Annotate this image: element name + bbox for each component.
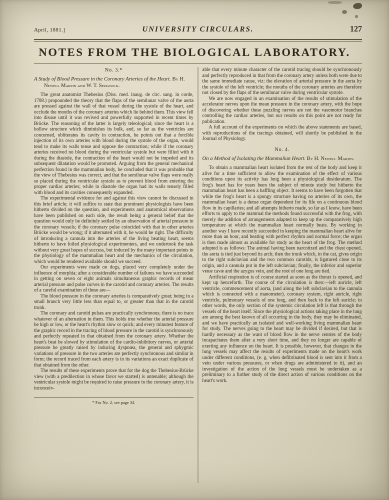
title-rule — [34, 63, 362, 64]
article-4-byline: By H. Newell Martin. — [307, 156, 354, 162]
right-column: able that every minute character of the … — [202, 67, 362, 483]
article-number-3: No. 3.* — [34, 68, 194, 74]
issue-date: April, 1881.] — [34, 27, 65, 33]
two-column-text-area: No. 3.* A Study of Blood Pressure in the… — [34, 67, 362, 483]
paragraph: A full account of the experiments on whi… — [202, 125, 362, 142]
paragraph: Our experiments were made on dogs, place… — [34, 265, 194, 294]
article-4-title-text: On a Method of Isolating the Mammalian H… — [202, 156, 305, 162]
footnote: * For No. 2, see page 34. — [34, 400, 194, 405]
running-header: April, 1881.] UNIVERSITY CIRCULARS. 127 — [34, 25, 362, 34]
ink-stain — [355, 15, 358, 18]
paragraph: Artificial respiration is of course star… — [202, 274, 362, 383]
header-rule — [34, 39, 362, 42]
page-number: 127 — [350, 25, 362, 34]
paragraph: The experimental evidence for and agains… — [34, 196, 194, 265]
paragraph-continuation: able that every minute character of the … — [202, 67, 362, 96]
left-column: No. 3.* A Study of Blood Pressure in the… — [34, 67, 194, 483]
ink-stain — [342, 10, 347, 14]
paragraph: The results of these experiments prove t… — [34, 368, 194, 391]
article-4-heading: On a Method of Isolating the Mammalian H… — [202, 156, 362, 162]
scanned-journal-page: April, 1881.] UNIVERSITY CIRCULARS. 127 … — [0, 0, 389, 500]
ink-stain — [328, 1, 342, 4]
paragraph: The coronary and carotid pulses are prac… — [34, 311, 194, 369]
paragraph: The blood pressure in the coronary arter… — [34, 293, 194, 310]
paragraph: To obtain a mammalian heart isolated fro… — [202, 165, 362, 274]
journal-title: UNIVERSITY CIRCULARS. — [142, 26, 254, 35]
article-3-heading: A Study of Blood Pressure in the Coronar… — [34, 77, 194, 90]
paragraph: The great anatomist Thebesius (Diss. med… — [34, 92, 194, 196]
paragraph: We are now engaged in an examination of … — [202, 96, 362, 125]
article-number-4: No. 4. — [202, 147, 362, 153]
page-content: April, 1881.] UNIVERSITY CIRCULARS. 127 … — [0, 0, 389, 500]
column-divider-rule — [198, 67, 199, 483]
footnote-rule — [34, 397, 194, 398]
article-3-title-text: A Study of Blood Pressure in the Coronar… — [34, 77, 171, 83]
section-main-title: NOTES FROM THE BIOLOGICAL LABORATORY. — [0, 46, 389, 59]
